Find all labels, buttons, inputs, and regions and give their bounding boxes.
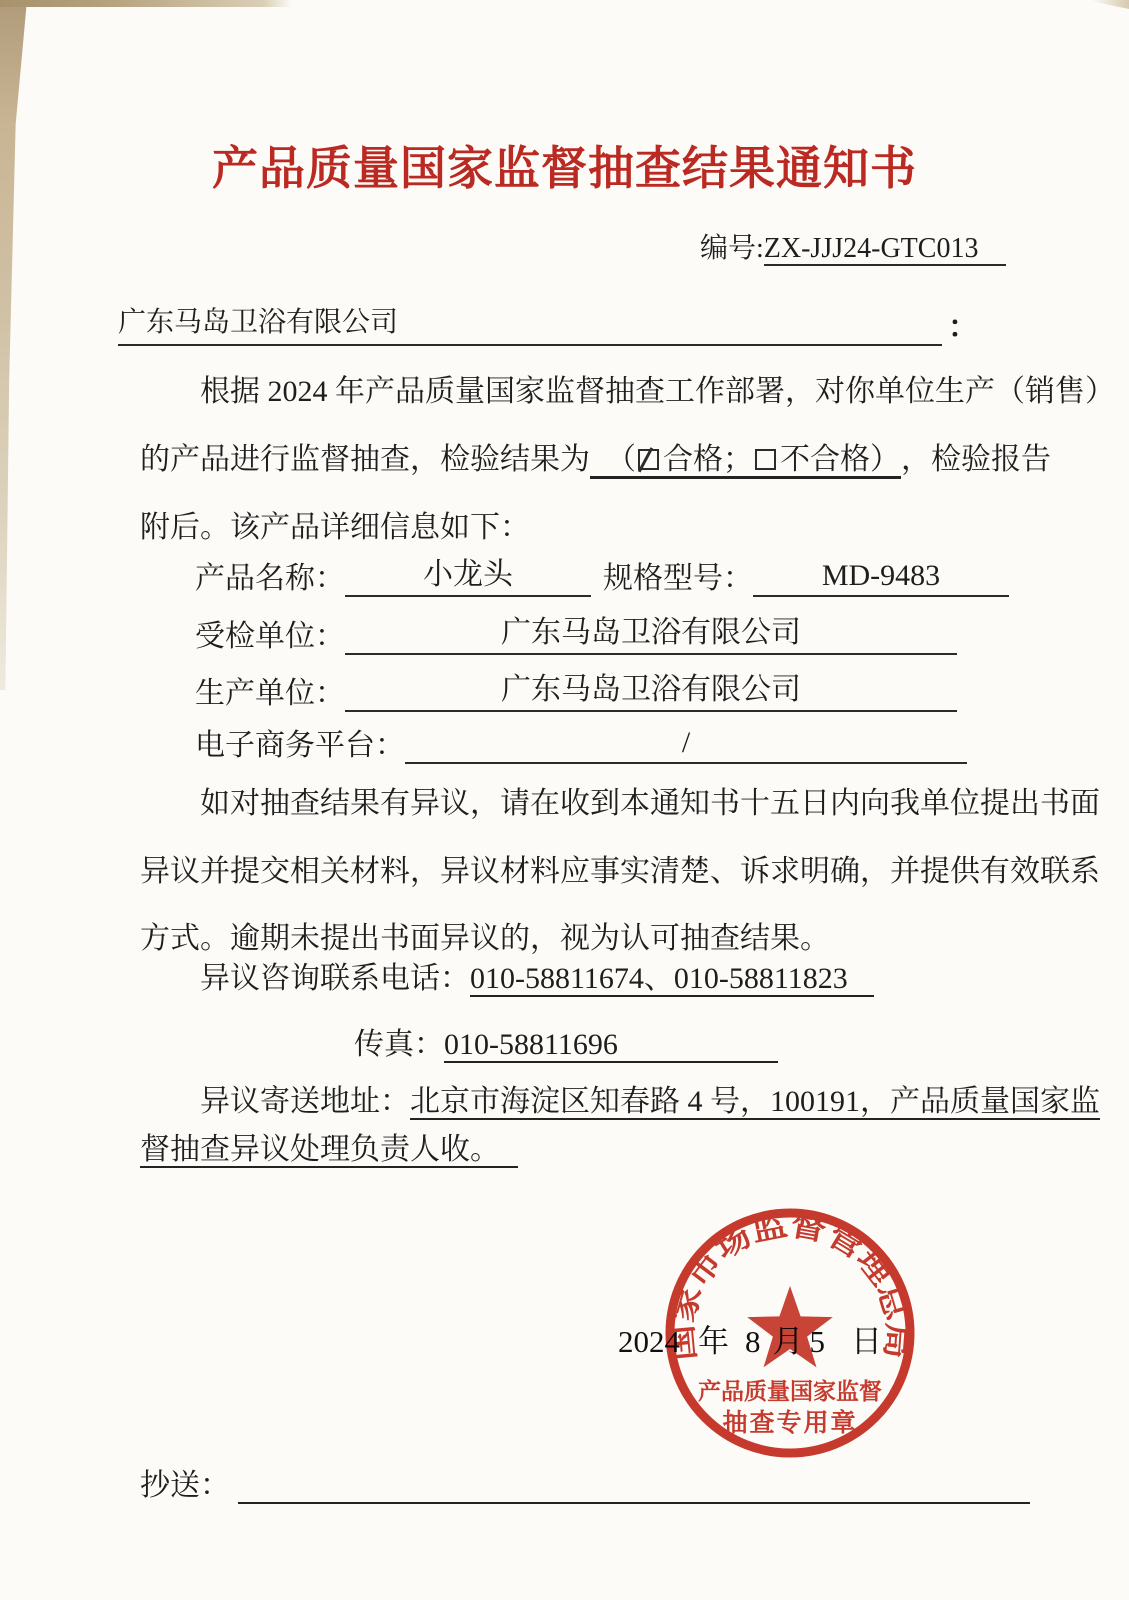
paragraph2-line2: 异议并提交相关材料，异议材料应事实清楚、诉求明确，并提供有效联系 bbox=[140, 846, 1100, 890]
result-pass-label: 合格； bbox=[663, 443, 753, 476]
producer-value: 广东马岛卫浴有限公司 bbox=[345, 664, 957, 712]
result-fail-label: 不合格） bbox=[780, 443, 885, 476]
document-number-value: ZX-JJJ24-GTC013 bbox=[764, 233, 1007, 266]
field-row-ecommerce: 电子商务平台：/ bbox=[195, 720, 967, 764]
recipient-colon: ： bbox=[948, 311, 978, 344]
product-name-value: 小龙头 bbox=[345, 549, 591, 597]
cc-underline bbox=[238, 1499, 1030, 1504]
phone-line: 异议咨询联系电话：010-58811674、010-58811823 bbox=[200, 953, 874, 997]
scan-edge-top-right-artifact bbox=[1091, 0, 1129, 9]
document-page: 产品质量国家监督抽查结果通知书 编号:ZX-JJJ24-GTC013 广东马岛卫… bbox=[0, 0, 1129, 1600]
cc-line: 抄送： bbox=[140, 1460, 1030, 1504]
official-seal-graphic: 国家市场监督管理总局 产品质量国家监督 抽查专用章 bbox=[640, 1183, 940, 1483]
fax-value: 010-58811696 bbox=[444, 1028, 778, 1063]
fail-checkbox-unchecked bbox=[755, 449, 776, 470]
result-options-underline: （合格；不合格） bbox=[590, 443, 901, 479]
result-sentence-post: ，检验报告 bbox=[901, 443, 1051, 476]
producer-label: 生产单位： bbox=[195, 677, 345, 710]
spec-label: 规格型号： bbox=[603, 562, 753, 595]
result-open-paren: （ bbox=[606, 443, 636, 476]
ecommerce-value: / bbox=[405, 726, 967, 764]
pass-checkbox-checked bbox=[638, 449, 659, 470]
field-row-producer: 生产单位：广东马岛卫浴有限公司 bbox=[195, 664, 957, 712]
address-line2: 督抽查异议处理负责人收。 bbox=[140, 1124, 518, 1168]
paragraph1-line2: 的产品进行监督抽查，检验结果为（合格；不合格），检验报告 bbox=[140, 434, 1051, 478]
seal-star-icon bbox=[747, 1286, 833, 1367]
scan-edge-top-artifact bbox=[0, 0, 292, 7]
phone-value: 010-58811674、010-58811823 bbox=[470, 962, 874, 997]
seal-bottom-text-1: 产品质量国家监督 bbox=[698, 1378, 882, 1404]
address-line1: 异议寄送地址：北京市海淀区知春路 4 号，100191，产品质量国家监 bbox=[200, 1076, 1100, 1120]
scan-edge-left-artifact bbox=[0, 0, 27, 690]
address-value-line2: 督抽查异议处理负责人收。 bbox=[140, 1133, 518, 1168]
paragraph1-line1: 根据 2024 年产品质量国家监督抽查工作部署，对你单位生产（销售） bbox=[200, 366, 1115, 410]
cc-label: 抄送： bbox=[140, 1469, 230, 1502]
fax-line: 传真：010-58811696 bbox=[354, 1019, 778, 1063]
spec-value: MD-9483 bbox=[753, 559, 1009, 597]
phone-label: 异议咨询联系电话： bbox=[200, 962, 470, 995]
recipient-underline: 广东马岛卫浴有限公司 bbox=[118, 300, 942, 346]
official-seal: 国家市场监督管理总局 产品质量国家监督 抽查专用章 bbox=[640, 1183, 940, 1483]
seal-bottom-text-2: 抽查专用章 bbox=[722, 1408, 857, 1437]
field-row-product: 产品名称：小龙头规格型号：MD-9483 bbox=[195, 549, 1009, 597]
ecommerce-label: 电子商务平台： bbox=[195, 729, 405, 762]
recipient-name: 广东马岛卫浴有限公司 bbox=[118, 307, 398, 338]
address-value-line1: 北京市海淀区知春路 4 号，100191，产品质量国家监 bbox=[410, 1085, 1100, 1120]
paragraph1-line3: 附后。该产品详细信息如下： bbox=[140, 502, 530, 546]
recipient-line: 广东马岛卫浴有限公司： bbox=[118, 300, 978, 346]
product-name-label: 产品名称： bbox=[195, 562, 345, 595]
document-number-label: 编号: bbox=[700, 233, 764, 264]
result-sentence-pre: 的产品进行监督抽查，检验结果为 bbox=[140, 443, 590, 476]
document-number: 编号:ZX-JJJ24-GTC013 bbox=[700, 226, 1006, 266]
page-title: 产品质量国家监督抽查结果通知书 bbox=[0, 132, 1129, 198]
paragraph2-line3: 方式。逾期未提出书面异议的，视为认可抽查结果。 bbox=[140, 913, 830, 957]
inspected-unit-value: 广东马岛卫浴有限公司 bbox=[345, 607, 957, 655]
field-row-inspected-unit: 受检单位：广东马岛卫浴有限公司 bbox=[195, 607, 957, 655]
paragraph2-line1: 如对抽查结果有异议，请在收到本通知书十五日内向我单位提出书面 bbox=[200, 778, 1100, 822]
address-label: 异议寄送地址： bbox=[200, 1085, 410, 1118]
inspected-unit-label: 受检单位： bbox=[195, 620, 345, 653]
fax-label: 传真： bbox=[354, 1028, 444, 1061]
